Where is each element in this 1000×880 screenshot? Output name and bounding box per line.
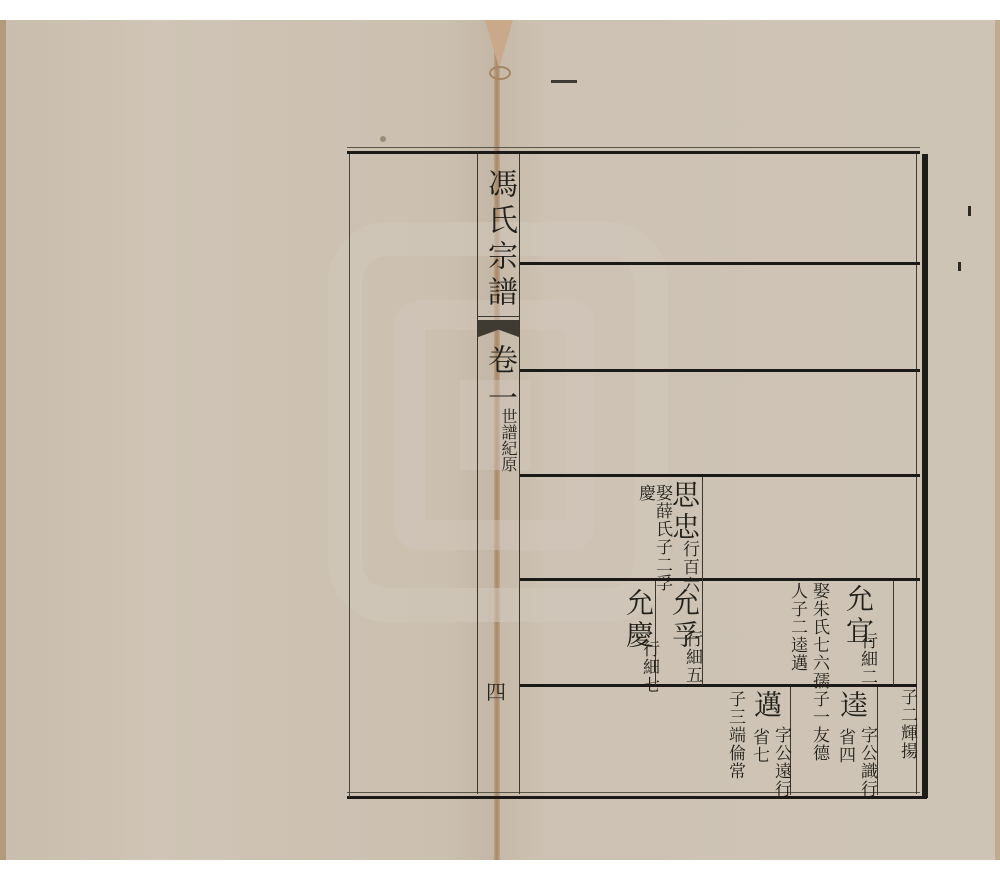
fishtail-mark-icon [478,320,519,340]
book-title: 馮氏宗譜 [484,168,514,312]
entry-rank-kui: 省四 [836,728,853,764]
entry-note-yunyi-b: 人子二逵邁 [788,582,805,672]
ink-speck [380,136,386,142]
frame-top-rule [347,151,920,154]
ink-speck [968,206,971,216]
entry-continuation: 子二輝揚 [898,688,915,760]
entry-name-mai: 邁 [752,690,780,722]
generation-row-rule-3 [520,474,920,477]
generation-row-rule-1 [520,262,920,265]
entry-note-mai: 子三端倫常 [726,690,743,780]
entry-courtesy-mai: 字公遠行 [772,726,789,798]
section-label: 世譜紀原 [500,408,516,472]
entry-note-yunyi-a: 娶朱氏七六孺子一友德 [810,582,827,772]
entry-name-sizhong: 思忠 [670,480,698,544]
frame-bottom-inner-rule [347,792,920,793]
entry-rank-yunyi: 行細二 [858,632,875,686]
fishtail-rule [478,316,519,317]
entry-rank-yunqing: 行細七 [640,640,657,694]
frame-left-rule [349,154,350,797]
frame-right-outer-rule [922,154,928,798]
generation-row-rule-4 [520,578,920,581]
entry-separator-continuation [877,687,878,795]
entry-name-kui: 逵 [838,690,866,722]
frame-bottom-rule [347,796,927,799]
ink-speck [958,262,961,271]
frame-top-inner-rule [347,147,920,148]
entry-courtesy-kui: 字公識行 [858,726,875,798]
entry-rank-sizhong: 行百六 [680,540,697,594]
generation-row-rule-2 [520,369,920,372]
entry-note-sizhong: 娶薛氏子二孚慶 [636,484,670,594]
centre-column-left-rule [477,154,478,794]
entry-separator-yunyi [893,581,894,685]
entry-rank-mai: 省七 [750,728,767,764]
folio-number: 四 [486,676,506,705]
entry-rank-yunfu: 行細五 [683,630,700,684]
entry-separator-sizhong [702,477,703,685]
